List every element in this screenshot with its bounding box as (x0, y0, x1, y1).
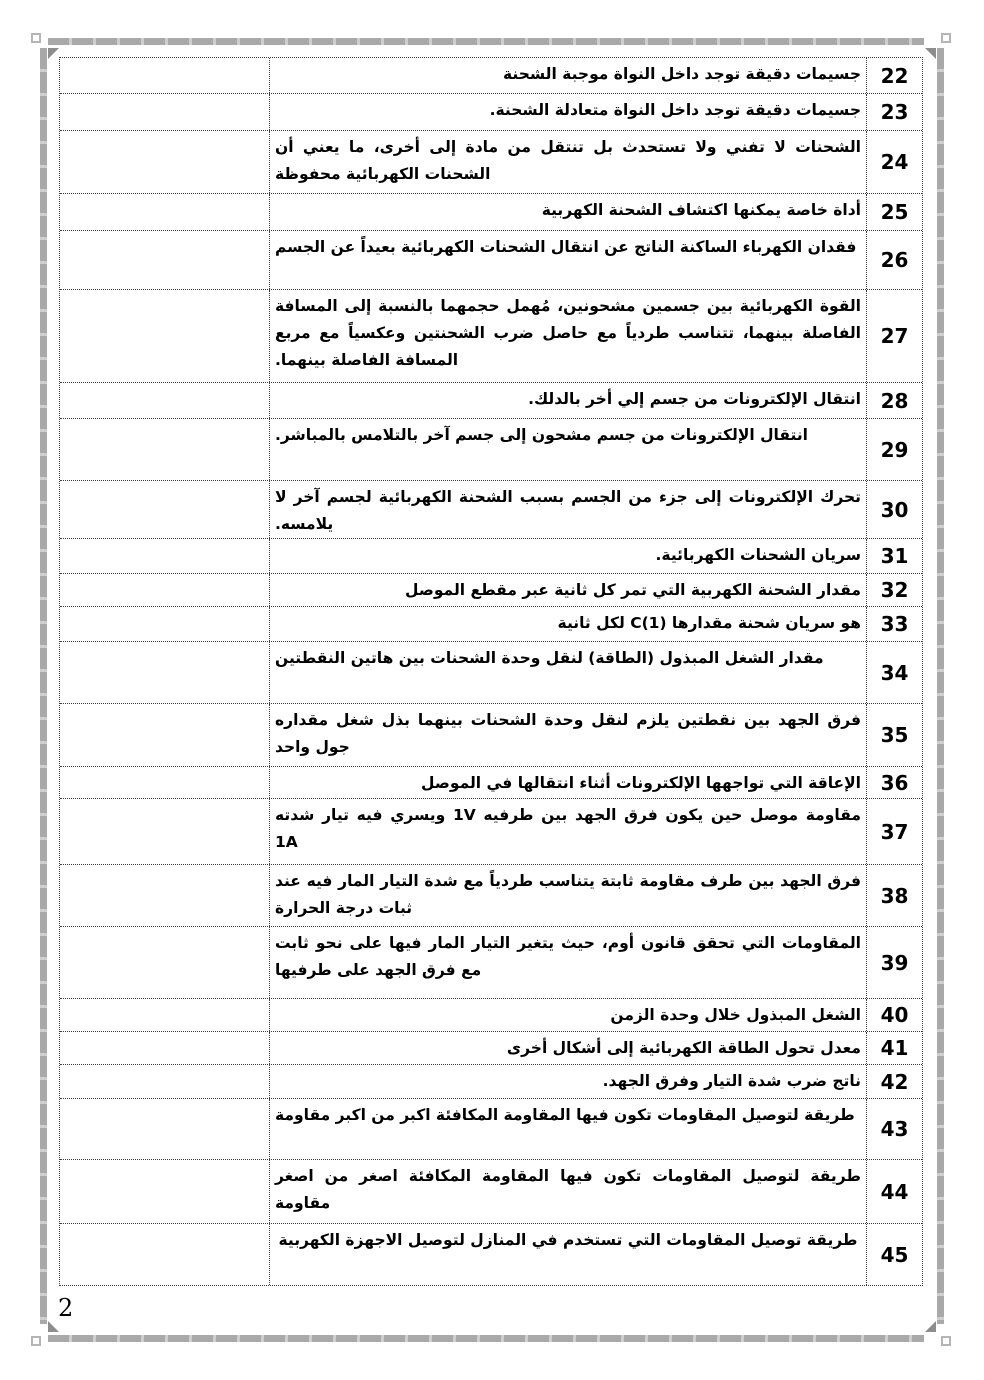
border-corner-triangle-bottom-left (48, 1321, 59, 1332)
definition-text: طريقة لتوصيل المقاومات تكون فيها المقاوم… (270, 1099, 867, 1159)
row-number: 23 (867, 94, 922, 130)
border-corner-triangle-top-left (48, 48, 59, 59)
row-number: 37 (867, 799, 922, 864)
row-number: 44 (867, 1160, 922, 1223)
row-number: 35 (867, 704, 922, 766)
answer-cell (60, 927, 270, 998)
definition-text: تحرك الإلكترونات إلى جزء من الجسم بسبب ا… (270, 481, 867, 538)
table-row: 22جسيمات دقيقة توجد داخل النواة موجبة ال… (60, 58, 922, 94)
row-number: 26 (867, 231, 922, 289)
row-number: 24 (867, 131, 922, 193)
definition-text: انتقال الإلكترونات من جسم مشحون إلى جسم … (270, 419, 867, 480)
answer-cell (60, 194, 270, 230)
answer-cell (60, 999, 270, 1031)
table-row: 26فقدان الكهرباء الساكنة الناتج عن انتقا… (60, 231, 922, 290)
answer-cell (60, 607, 270, 641)
answer-cell (60, 419, 270, 480)
row-number: 38 (867, 865, 922, 926)
table-row: 38فرق الجهد بين طرف مقاومة ثابتة يتناسب … (60, 865, 922, 927)
table-row: 41معدل تحول الطاقة الكهربائية إلى أشكال … (60, 1032, 922, 1065)
table-row: 42ناتج ضرب شدة التيار وفرق الجهد. (60, 1065, 922, 1099)
definition-text: فرق الجهد بين طرف مقاومة ثابتة يتناسب طر… (270, 865, 867, 926)
answer-cell (60, 1224, 270, 1285)
answer-cell (60, 767, 270, 798)
document-page: 22جسيمات دقيقة توجد داخل النواة موجبة ال… (0, 0, 984, 1380)
definition-text: الشغل المبذول خلال وحدة الزمن (270, 999, 867, 1031)
row-number: 42 (867, 1065, 922, 1098)
page-border-bottom (48, 1335, 924, 1342)
row-number: 22 (867, 58, 922, 93)
answer-cell (60, 383, 270, 418)
definition-text: فقدان الكهرباء الساكنة الناتج عن انتقال … (270, 231, 867, 289)
answer-cell (60, 231, 270, 289)
answer-cell (60, 539, 270, 573)
page-number: 2 (58, 1294, 73, 1322)
answer-cell (60, 1160, 270, 1223)
table-row: 29انتقال الإلكترونات من جسم مشحون إلى جس… (60, 419, 922, 481)
table-row: 31سريان الشحنات الكهربائية. (60, 539, 922, 574)
definition-text: الشحنات لا تفني ولا تستحدث بل تنتقل من م… (270, 131, 867, 193)
row-number: 25 (867, 194, 922, 230)
border-corner-square-bottom-right (941, 1336, 951, 1346)
table-row: 27القوة الكهربائية بين جسمين مشحونين، مُ… (60, 290, 922, 383)
answer-cell (60, 131, 270, 193)
table-row: 32مقدار الشحنة الكهربية التي تمر كل ثاني… (60, 574, 922, 607)
definition-text: مقدار الشحنة الكهربية التي تمر كل ثانية … (270, 574, 867, 606)
row-number: 36 (867, 767, 922, 798)
answer-cell (60, 290, 270, 382)
table-row: 43طريقة لتوصيل المقاومات تكون فيها المقا… (60, 1099, 922, 1160)
row-number: 31 (867, 539, 922, 573)
definition-text: مقدار الشغل المبذول (الطاقة) لنقل وحدة ا… (270, 642, 867, 703)
answer-cell (60, 574, 270, 606)
definition-text: الإعاقة التي تواجهها الإلكترونات أثناء ا… (270, 767, 867, 798)
definition-text: جسيمات دقيقة توجد داخل النواة موجبة الشح… (270, 58, 867, 93)
definition-text: انتقال الإلكترونات من جسم إلي أخر بالدلك… (270, 383, 867, 418)
border-corner-square-top-right (941, 33, 951, 43)
border-corner-triangle-top-right (925, 48, 936, 59)
row-number: 27 (867, 290, 922, 382)
row-number: 34 (867, 642, 922, 703)
table-row: 45طريقة توصيل المقاومات التي تستخدم في ا… (60, 1224, 922, 1285)
definition-text: مقاومة موصل حين يكون فرق الجهد بين طرفيه… (270, 799, 867, 864)
table-row: 37مقاومة موصل حين يكون فرق الجهد بين طرف… (60, 799, 922, 865)
definition-text: سريان الشحنات الكهربائية. (270, 539, 867, 573)
answer-cell (60, 1065, 270, 1098)
row-number: 39 (867, 927, 922, 998)
table-row: 23جسيمات دقيقة توجد داخل النواة متعادلة … (60, 94, 922, 131)
table-row: 30تحرك الإلكترونات إلى جزء من الجسم بسبب… (60, 481, 922, 539)
border-corner-square-top-left (31, 33, 41, 43)
table-row: 34مقدار الشغل المبذول (الطاقة) لنقل وحدة… (60, 642, 922, 704)
definition-text: المقاومات التي تحقق قانون أوم، حيث يتغير… (270, 927, 867, 998)
page-border-top (48, 38, 924, 45)
row-number: 30 (867, 481, 922, 538)
definition-text: ناتج ضرب شدة التيار وفرق الجهد. (270, 1065, 867, 1098)
definition-text: معدل تحول الطاقة الكهربائية إلى أشكال أخ… (270, 1032, 867, 1064)
definitions-table: 22جسيمات دقيقة توجد داخل النواة موجبة ال… (59, 57, 923, 1286)
row-number: 29 (867, 419, 922, 480)
definition-text: القوة الكهربائية بين جسمين مشحونين، مُهم… (270, 290, 867, 382)
table-row: 33هو سريان شحنة مقدارها C(1)‎ لكل ثانية (60, 607, 922, 642)
definition-text: هو سريان شحنة مقدارها C(1)‎ لكل ثانية (270, 607, 867, 641)
definition-text: جسيمات دقيقة توجد داخل النواة متعادلة ال… (270, 94, 867, 130)
definition-text: أداة خاصة يمكنها اكتشاف الشحنة الكهربية (270, 194, 867, 230)
answer-cell (60, 642, 270, 703)
definition-text: فرق الجهد بين نقطتين يلزم لنقل وحدة الشح… (270, 704, 867, 766)
answer-cell (60, 58, 270, 93)
table-row: 28انتقال الإلكترونات من جسم إلي أخر بالد… (60, 383, 922, 419)
answer-cell (60, 1099, 270, 1159)
answer-cell (60, 94, 270, 130)
row-number: 45 (867, 1224, 922, 1285)
row-number: 40 (867, 999, 922, 1031)
table-row: 44طريقة لتوصيل المقاومات تكون فيها المقا… (60, 1160, 922, 1224)
page-border-left (40, 48, 47, 1324)
row-number: 41 (867, 1032, 922, 1064)
table-row: 25أداة خاصة يمكنها اكتشاف الشحنة الكهربي… (60, 194, 922, 231)
definition-text: طريقة لتوصيل المقاومات تكون فيها المقاوم… (270, 1160, 867, 1223)
table-row: 24الشحنات لا تفني ولا تستحدث بل تنتقل من… (60, 131, 922, 194)
row-number: 33 (867, 607, 922, 641)
row-number: 32 (867, 574, 922, 606)
answer-cell (60, 481, 270, 538)
answer-cell (60, 1032, 270, 1064)
table-row: 39المقاومات التي تحقق قانون أوم، حيث يتغ… (60, 927, 922, 999)
definition-text: طريقة توصيل المقاومات التي تستخدم في الم… (270, 1224, 867, 1285)
answer-cell (60, 865, 270, 926)
border-corner-triangle-bottom-right (925, 1321, 936, 1332)
answer-cell (60, 799, 270, 864)
border-corner-square-bottom-left (31, 1336, 41, 1346)
row-number: 43 (867, 1099, 922, 1159)
table-row: 40الشغل المبذول خلال وحدة الزمن (60, 999, 922, 1032)
table-row: 35فرق الجهد بين نقطتين يلزم لنقل وحدة ال… (60, 704, 922, 767)
table-row: 36الإعاقة التي تواجهها الإلكترونات أثناء… (60, 767, 922, 799)
row-number: 28 (867, 383, 922, 418)
answer-cell (60, 704, 270, 766)
page-border-right (937, 48, 944, 1324)
